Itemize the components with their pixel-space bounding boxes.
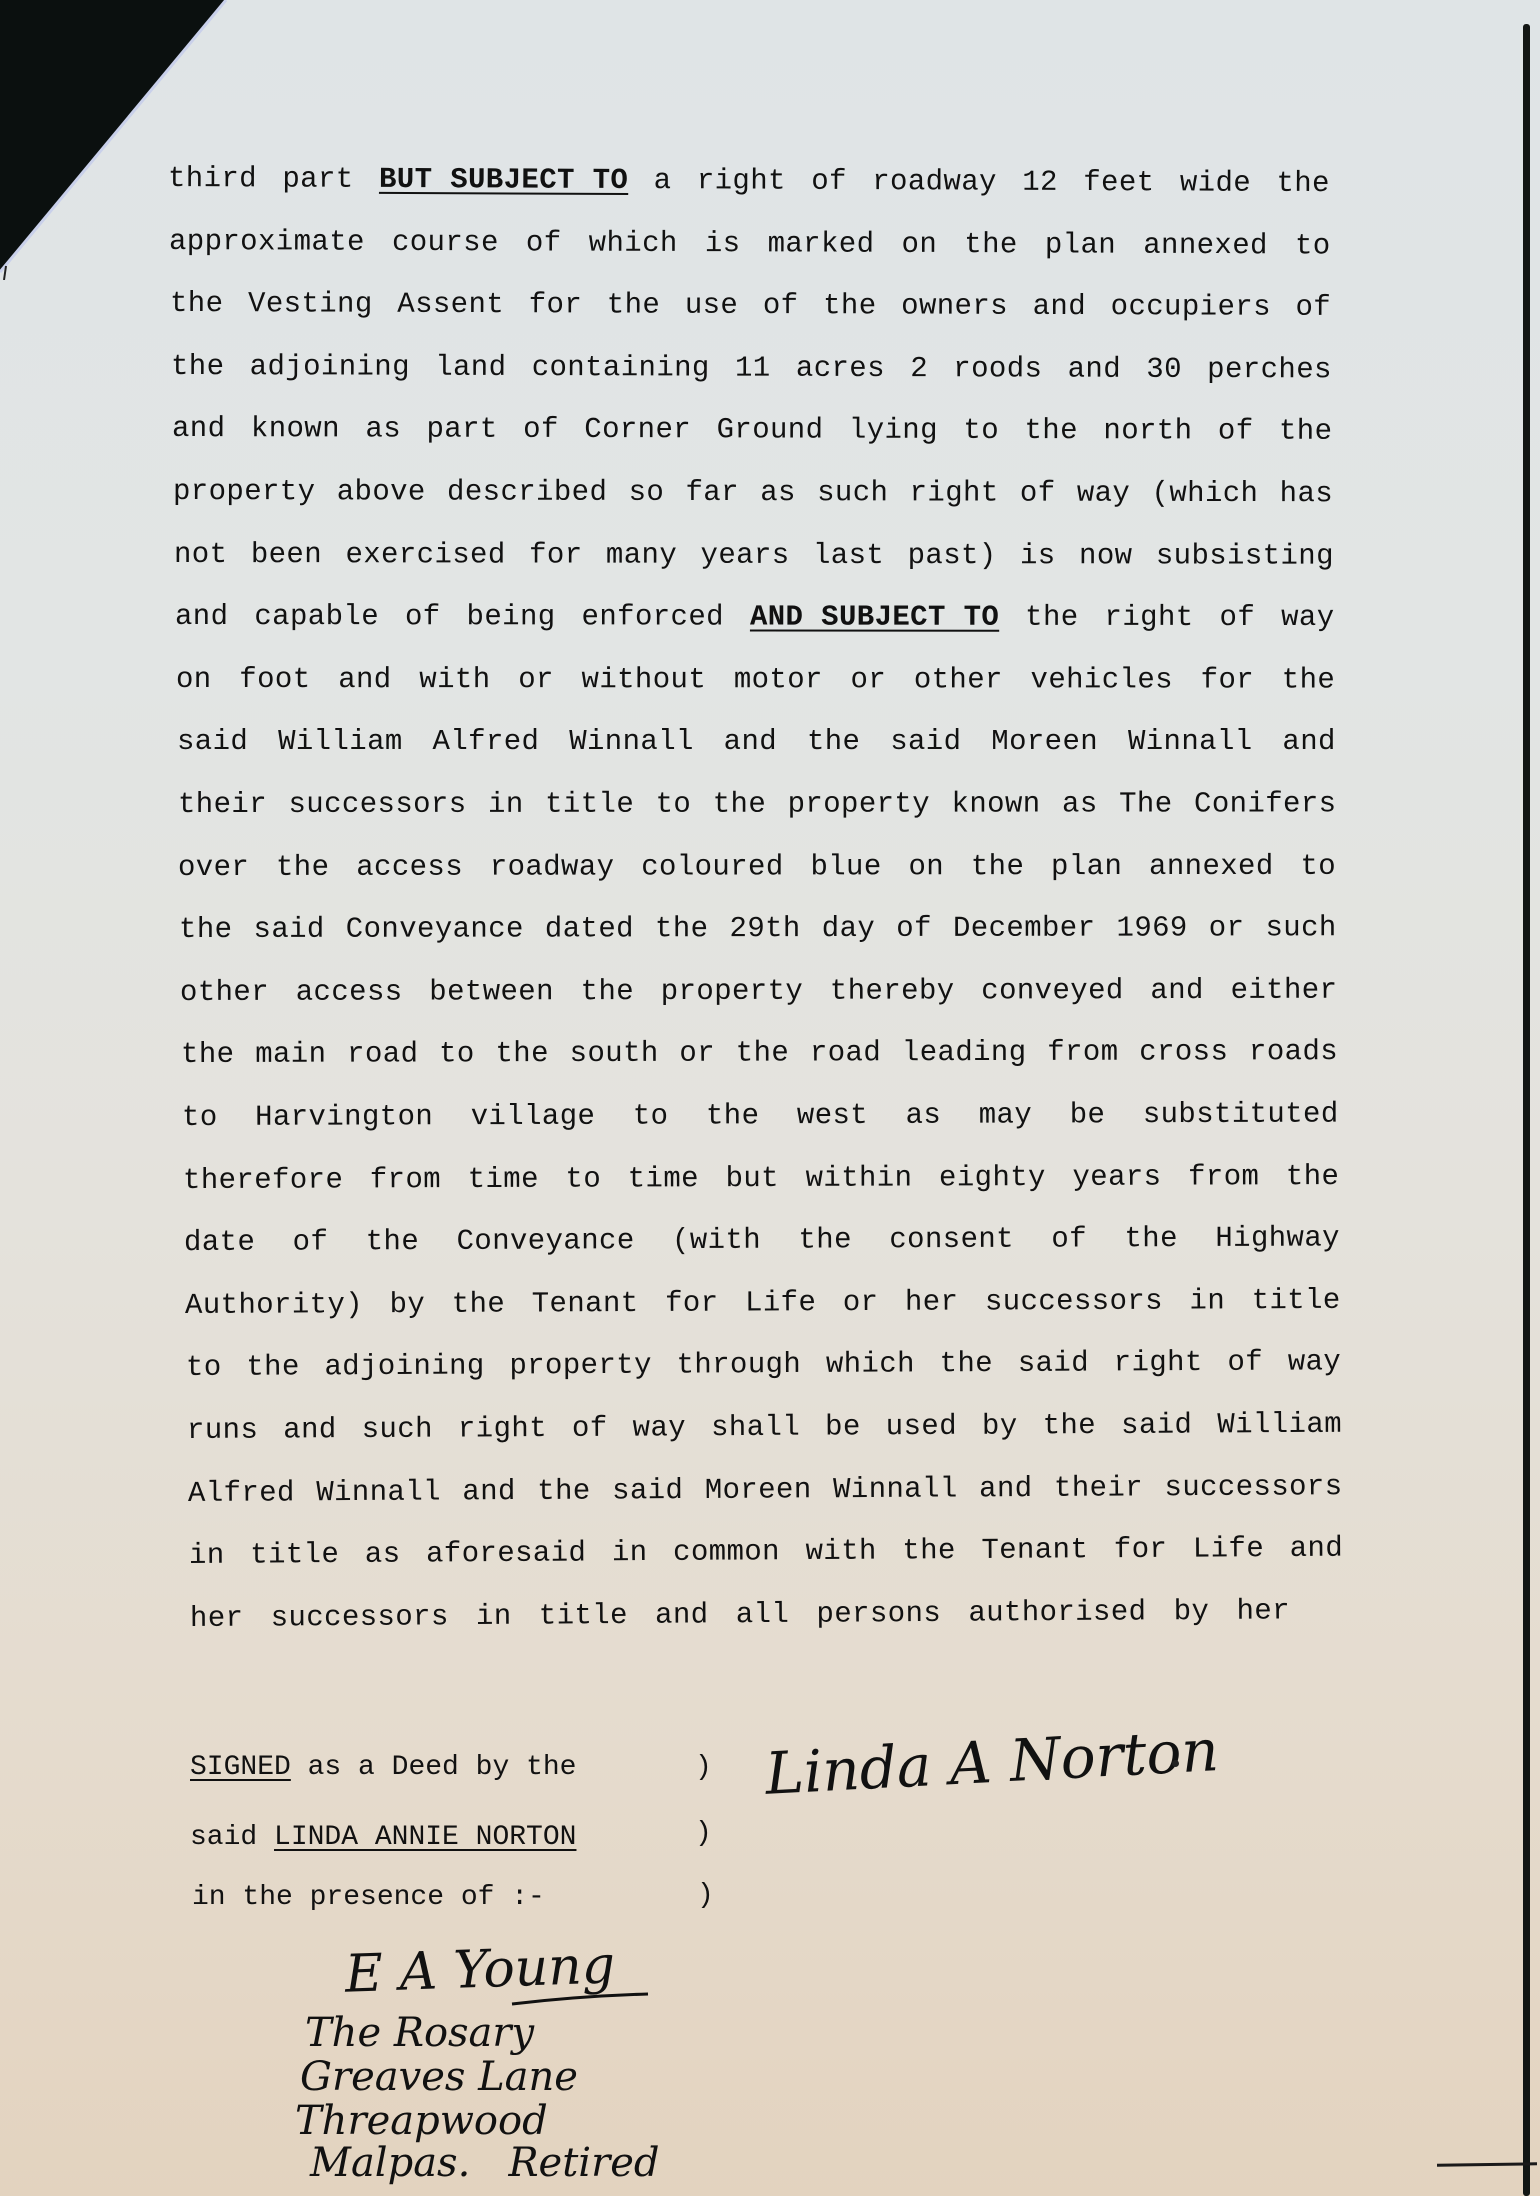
bracket: ) xyxy=(695,1818,712,1849)
body-line: otheraccessbetweenthepropertytherebyconv… xyxy=(180,973,1338,1008)
execution-line-2: said LINDA ANNIE NORTON xyxy=(190,1822,576,1853)
signatory-name: LINDA ANNIE NORTON xyxy=(274,1822,576,1853)
body-line: propertyabovedescribedsofarassuchrightof… xyxy=(173,475,1333,510)
body-line: runsandsuchrightofwayshallbeusedbythesai… xyxy=(187,1408,1342,1447)
execution-line-3: in the presence of :- xyxy=(192,1882,545,1913)
emphasis-phrase: BUT SUBJECT TO xyxy=(379,163,628,197)
body-line: totheadjoiningpropertythroughwhichthesai… xyxy=(186,1346,1341,1385)
body-line: hersuccessorsintitleandallpersonsauthori… xyxy=(190,1594,1290,1635)
body-line: andknownaspartofCornerGroundlyingtotheno… xyxy=(172,412,1333,448)
bracket: ) xyxy=(695,1752,712,1783)
witness-address-line: The Rosary xyxy=(305,2010,534,2056)
body-line: thereforefromtimetotimebutwithineightyye… xyxy=(183,1160,1339,1197)
body-line: intitleasaforesaidincommonwiththeTenantf… xyxy=(189,1532,1343,1572)
signatory-signature: Linda A Norton xyxy=(764,1716,1221,1808)
margin-rule xyxy=(1437,2162,1537,2166)
body-line: thesaidConveyancedatedthe29thdayofDecemb… xyxy=(179,911,1337,946)
deed-body-text: thirdpartBUT SUBJECT TOarightofroadway12… xyxy=(0,0,1540,1700)
emphasis-phrase: AND SUBJECT TO xyxy=(750,601,999,634)
body-line: Authority)bytheTenantforLifeorhersuccess… xyxy=(185,1284,1341,1322)
signed-label: SIGNED xyxy=(190,1752,291,1783)
body-line: andcapableofbeingenforcedAND SUBJECT TOt… xyxy=(175,600,1335,634)
witness-address-line: Threapwood xyxy=(295,2098,548,2144)
body-line: themainroadtothesouthortheroadleadingfro… xyxy=(181,1036,1338,1072)
body-line: theirsuccessorsintitletothepropertyknown… xyxy=(177,787,1336,821)
body-line: theVestingAssentfortheuseoftheownersando… xyxy=(170,287,1331,324)
witness-address-line: Malpas. Retired xyxy=(310,2140,660,2186)
body-line: thirdpartBUT SUBJECT TOarightofroadway12… xyxy=(168,162,1330,200)
execution-line-1: SIGNED as a Deed by the xyxy=(190,1752,576,1783)
body-line: dateoftheConveyance(withtheconsentoftheH… xyxy=(184,1222,1340,1260)
signature-underline xyxy=(510,1990,650,2010)
body-line: theadjoininglandcontaining11acres2roodsa… xyxy=(171,350,1332,386)
body-line: notbeenexercisedformanyyearslastpast)isn… xyxy=(174,538,1334,573)
body-line: saidWilliamAlfredWinnallandthesaidMoreen… xyxy=(177,725,1336,758)
body-line: AlfredWinnallandthesaidMoreenWinnallandt… xyxy=(188,1470,1343,1510)
body-line: toHarvingtonvillagetothewestasmaybesubst… xyxy=(182,1098,1339,1134)
body-line: onfootandwithorwithoutmotororothervehicl… xyxy=(176,663,1335,697)
bracket: ) xyxy=(697,1880,714,1911)
body-line: approximatecourseofwhichismarkedonthepla… xyxy=(169,225,1331,263)
body-line: overtheaccessroadwaycolouredblueonthepla… xyxy=(178,849,1336,883)
witness-address-line: Greaves Lane xyxy=(300,2054,578,2100)
ink-dot xyxy=(1172,1760,1179,1767)
